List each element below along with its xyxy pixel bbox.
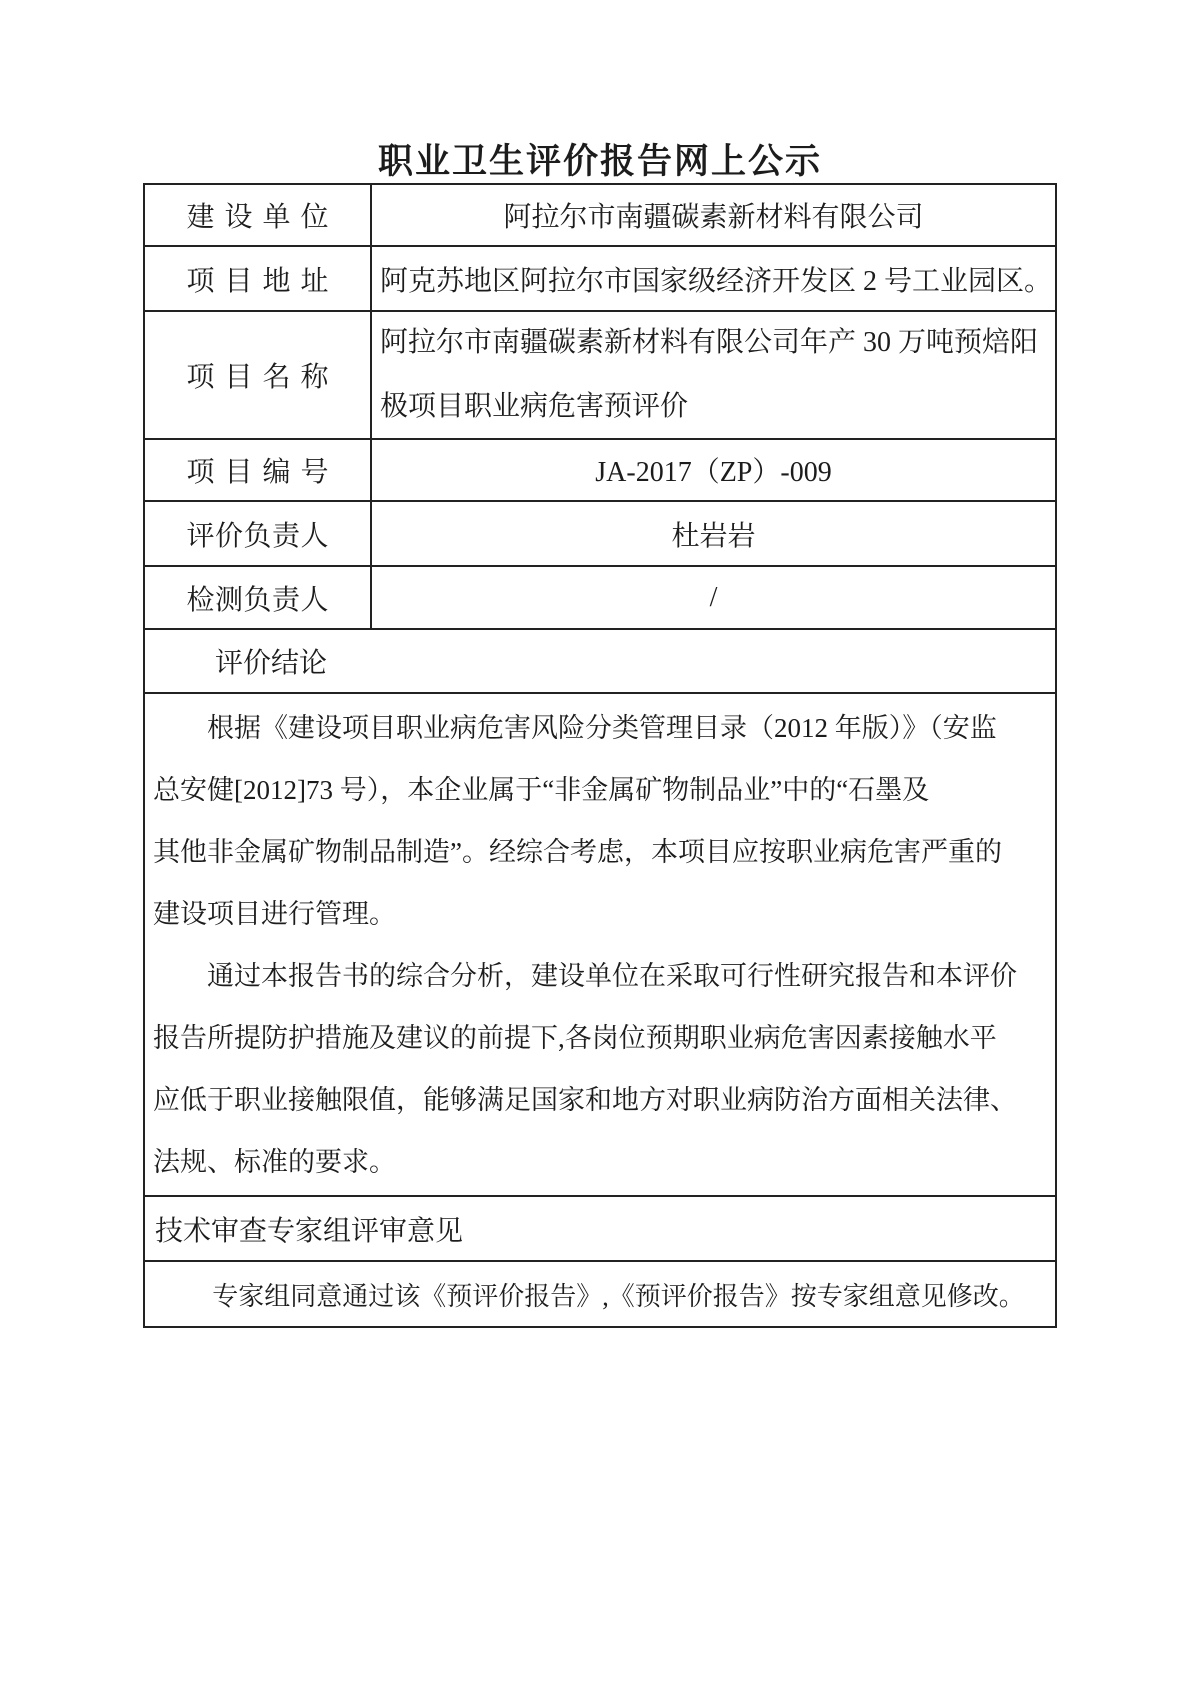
evaluation-lead-label: 评价负责人 (187, 514, 329, 554)
project-address-label: 项目地址 (187, 259, 329, 299)
table-row-conclusion-header: 评价结论 (145, 630, 1055, 694)
table-row-project-address: 项目地址 阿克苏地区阿拉尔市国家级经济开发区 2 号工业园区。 (145, 247, 1055, 312)
construction-unit-label: 建设单位 (187, 195, 329, 235)
expert-opinion-text: 专家组同意通过该《预评价报告》,《预评价报告》按专家组意见修改。 (145, 1262, 1055, 1326)
conclusion-line: 建设项目进行管理。 (153, 883, 1047, 945)
page-title: 职业卫生评价报告网上公示 (143, 134, 1057, 184)
project-number-label-cell: 项目编号 (145, 440, 372, 500)
conclusion-line: 应低于职业接触限值，能够满足国家和地方对职业病防治方面相关法律、 (153, 1069, 1047, 1131)
project-name-label-cell: 项目名称 (145, 312, 372, 438)
project-address-label-cell: 项目地址 (145, 247, 372, 310)
project-number-label: 项目编号 (187, 450, 329, 490)
evaluation-lead-label-cell: 评价负责人 (145, 502, 372, 565)
testing-lead-value: / (372, 567, 1055, 628)
table-row-project-name: 项目名称 阿拉尔市南疆碳素新材料有限公司年产 30 万吨预焙阳 极项目职业病危害… (145, 312, 1055, 440)
conclusion-line: 法规、标准的要求。 (153, 1131, 1047, 1193)
notice-table: 建设单位 阿拉尔市南疆碳素新材料有限公司 项目地址 阿克苏地区阿拉尔市国家级经济… (143, 183, 1057, 1328)
project-name-line-1: 阿拉尔市南疆碳素新材料有限公司年产 30 万吨预焙阳 (380, 312, 1038, 375)
table-row-construction-unit: 建设单位 阿拉尔市南疆碳素新材料有限公司 (145, 185, 1055, 247)
project-name-value: 阿拉尔市南疆碳素新材料有限公司年产 30 万吨预焙阳 极项目职业病危害预评价 (372, 312, 1055, 438)
evaluation-lead-value: 杜岩岩 (372, 502, 1055, 565)
project-name-line-2: 极项目职业病危害预评价 (380, 375, 688, 438)
conclusion-body: 根据《建设项目职业病危害风险分类管理目录（2012 年版）》（安监 总安健[20… (145, 694, 1055, 1195)
expert-review-header: 技术审查专家组评审意见 (145, 1197, 1055, 1260)
conclusion-line: 根据《建设项目职业病危害风险分类管理目录（2012 年版）》（安监 (153, 697, 1047, 759)
project-number-value: JA-2017（ZP）-009 (372, 440, 1055, 500)
testing-lead-label-cell: 检测负责人 (145, 567, 372, 628)
construction-unit-label-cell: 建设单位 (145, 185, 372, 245)
table-row-evaluation-lead: 评价负责人 杜岩岩 (145, 502, 1055, 567)
conclusion-header: 评价结论 (145, 630, 1055, 692)
table-row-conclusion-body: 根据《建设项目职业病危害风险分类管理目录（2012 年版）》（安监 总安健[20… (145, 694, 1055, 1197)
testing-lead-label: 检测负责人 (187, 578, 329, 618)
table-row-expert-opinion: 专家组同意通过该《预评价报告》,《预评价报告》按专家组意见修改。 (145, 1262, 1055, 1326)
construction-unit-value: 阿拉尔市南疆碳素新材料有限公司 (372, 185, 1055, 245)
project-address-value: 阿克苏地区阿拉尔市国家级经济开发区 2 号工业园区。 (372, 247, 1055, 310)
conclusion-line: 通过本报告书的综合分析，建设单位在采取可行性研究报告和本评价 (153, 945, 1047, 1007)
conclusion-line: 报告所提防护措施及建议的前提下,各岗位预期职业病危害因素接触水平 (153, 1007, 1047, 1069)
conclusion-line: 总安健[2012]73 号），本企业属于“非金属矿物制品业”中的“石墨及 (153, 759, 1047, 821)
table-row-testing-lead: 检测负责人 / (145, 567, 1055, 630)
table-row-project-number: 项目编号 JA-2017（ZP）-009 (145, 440, 1055, 502)
conclusion-line: 其他非金属矿物制品制造”。经综合考虑，本项目应按职业病危害严重的 (153, 821, 1047, 883)
project-name-label: 项目名称 (187, 355, 329, 395)
table-row-expert-header: 技术审查专家组评审意见 (145, 1197, 1055, 1262)
